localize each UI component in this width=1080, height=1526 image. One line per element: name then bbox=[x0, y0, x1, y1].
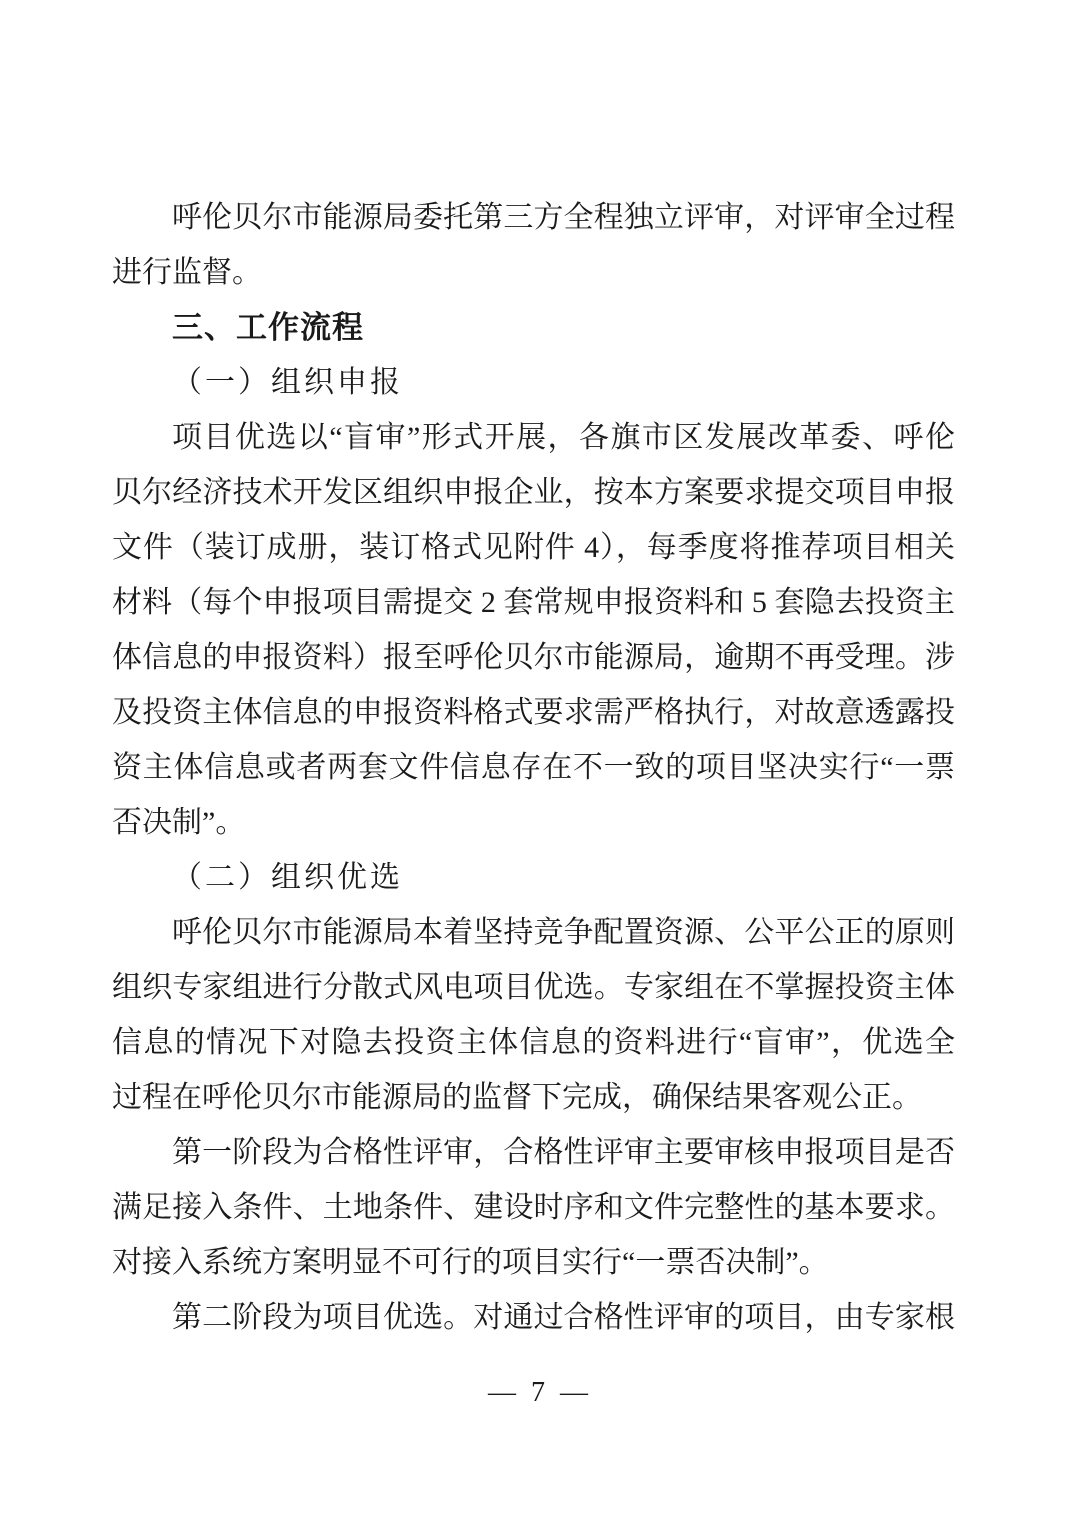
paragraph-line: 进行监督。 bbox=[112, 245, 955, 300]
paragraph-line: 第一阶段为合格性评审，合格性评审主要审核申报项目是否 bbox=[112, 1125, 955, 1180]
paragraph-line: 资主体信息或者两套文件信息存在不一致的项目坚决实行“一票 bbox=[112, 740, 955, 795]
paragraph-line: 项目优选以“盲审”形式开展，各旗市区发展改革委、呼伦 bbox=[112, 410, 955, 465]
paragraph-line: 对接入系统方案明显不可行的项目实行“一票否决制”。 bbox=[112, 1235, 955, 1290]
subsection-heading: （一）组织申报 bbox=[112, 355, 955, 410]
paragraph-line: 否决制”。 bbox=[112, 795, 955, 850]
paragraph-line: 满足接入条件、土地条件、建设时序和文件完整性的基本要求。 bbox=[112, 1180, 955, 1235]
paragraph-line: 文件（装订成册，装订格式见附件 4），每季度将推荐项目相关 bbox=[112, 520, 955, 575]
paragraph-line: 体信息的申报资料）报至呼伦贝尔市能源局，逾期不再受理。涉 bbox=[112, 630, 955, 685]
paragraph-line: 信息的情况下对隐去投资主体信息的资料进行“盲审”，优选全 bbox=[112, 1015, 955, 1070]
section-heading: 三、工作流程 bbox=[112, 300, 955, 355]
paragraph-line: 贝尔经济技术开发区组织申报企业，按本方案要求提交项目申报 bbox=[112, 465, 955, 520]
document-body: 呼伦贝尔市能源局委托第三方全程独立评审，对评审全过程 进行监督。 三、工作流程 … bbox=[112, 190, 955, 1345]
paragraph-line: 材料（每个申报项目需提交 2 套常规申报资料和 5 套隐去投资主 bbox=[112, 575, 955, 630]
paragraph-line: 及投资主体信息的申报资料格式要求需严格执行，对故意透露投 bbox=[112, 685, 955, 740]
paragraph-line: 呼伦贝尔市能源局本着坚持竞争配置资源、公平公正的原则 bbox=[112, 905, 955, 960]
paragraph-line: 第二阶段为项目优选。对通过合格性评审的项目，由专家根 bbox=[112, 1290, 955, 1345]
paragraph-line: 过程在呼伦贝尔市能源局的监督下完成，确保结果客观公正。 bbox=[112, 1070, 955, 1125]
subsection-heading: （二）组织优选 bbox=[112, 850, 955, 905]
paragraph-line: 呼伦贝尔市能源局委托第三方全程独立评审，对评审全过程 bbox=[112, 190, 955, 245]
page-number: — 7 — bbox=[0, 1368, 1080, 1418]
paragraph-line: 组织专家组进行分散式风电项目优选。专家组在不掌握投资主体 bbox=[112, 960, 955, 1015]
